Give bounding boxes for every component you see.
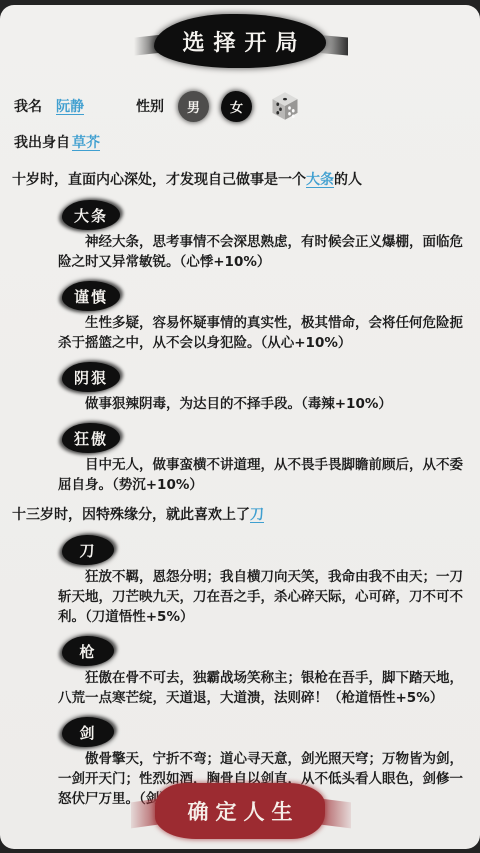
trait-label-jinshen[interactable]: 谨慎: [62, 281, 120, 311]
name-link[interactable]: 阮静: [56, 96, 84, 116]
trait-label-yinhen[interactable]: 阴狠: [62, 362, 120, 392]
weapon-label-dao[interactable]: 刀: [62, 535, 114, 565]
trait-label-text: 大条: [74, 205, 108, 226]
page-title: 选择开局: [173, 26, 306, 57]
trait-desc-jinshen: 生性多疑，容易怀疑事情的真实性，极其惜命，会将任何危险扼杀于摇篮之中，从不会以身…: [58, 313, 470, 353]
confirm-life-button[interactable]: 确定人生: [155, 783, 325, 839]
gender-male-text: 男: [187, 97, 200, 116]
confirm-life-label: 确定人生: [181, 796, 300, 826]
title-banner: 选择开局: [154, 14, 326, 68]
name-label: 我名: [14, 96, 42, 116]
origin-link[interactable]: 草芥: [72, 132, 100, 152]
weapon-option-qiang: 枪 狂傲在骨不可去，独霸战场笑称主；银枪在吾手，脚下踏天地，八荒一点寒芒绽，天道…: [0, 636, 480, 708]
trait-option-kuangao: 狂傲 目中无人，做事蛮横不讲道理，从不畏手畏脚瞻前顾后，从不委屈自身。（势沉+1…: [0, 423, 480, 495]
weapon-label-text: 枪: [79, 641, 96, 662]
age13-text-prefix: 十三岁时，因特殊缘分，就此喜欢上了: [12, 507, 250, 523]
age13-weapon-link[interactable]: 刀: [250, 507, 264, 523]
trait-desc-kuangao: 目中无人，做事蛮横不讲道理，从不畏手畏脚瞻前顾后，从不委屈自身。（势沉+10%）: [58, 455, 470, 495]
weapon-label-text: 剑: [79, 722, 96, 743]
trait-label-text: 阴狠: [74, 367, 108, 388]
weapon-label-text: 刀: [79, 540, 96, 561]
age10-text-suffix: 的人: [334, 172, 362, 188]
gender-male-button[interactable]: 男: [178, 91, 209, 122]
age10-trait-link[interactable]: 大条: [306, 172, 334, 188]
weapon-desc-qiang: 狂傲在骨不可去，独霸战场笑称主；银枪在吾手，脚下踏天地，八荒一点寒芒绽，天道退，…: [58, 668, 470, 708]
age13-narrative: 十三岁时，因特殊缘分，就此喜欢上了刀: [0, 505, 480, 526]
trait-option-yinhen: 阴狠 做事狠辣阴毒，为达目的不择手段。（毒辣+10%）: [0, 362, 480, 414]
trait-desc-yinhen: 做事狠辣阴毒，为达目的不择手段。（毒辣+10%）: [58, 394, 470, 414]
gender-female-text: 女: [230, 97, 243, 116]
weapon-label-qiang[interactable]: 枪: [62, 636, 114, 666]
origin-row: 我出身自 草芥: [0, 130, 480, 154]
trait-label-kuangao[interactable]: 狂傲: [62, 423, 120, 453]
game-panel: 选择开局 我名 阮静 性别 男 女 我出身自 草芥 十岁时，直面内心深处: [0, 5, 480, 849]
title-banner-wrap: 选择开局: [0, 14, 480, 68]
gender-female-button[interactable]: 女: [221, 91, 252, 122]
trait-desc-datiao: 神经大条，思考事情不会深思熟虑，有时候会正义爆棚，面临危险之时又异常敏锐。（心悸…: [58, 232, 470, 272]
trait-option-datiao: 大条 神经大条，思考事情不会深思熟虑，有时候会正义爆棚，面临危险之时又异常敏锐。…: [0, 200, 480, 272]
trait-label-datiao[interactable]: 大条: [62, 200, 120, 230]
weapon-label-jian[interactable]: 剑: [62, 717, 114, 747]
age10-text-prefix: 十岁时，直面内心深处，才发现自己做事是一个: [12, 172, 306, 188]
gender-label: 性别: [136, 96, 164, 116]
confirm-wrap: 确定人生: [0, 783, 480, 839]
age10-narrative: 十岁时，直面内心深处，才发现自己做事是一个大条的人: [0, 170, 480, 191]
weapon-option-dao: 刀 狂放不羁，恩怨分明；我自横刀向天笑，我命由我不由天；一刀斩天地，刀芒映九天，…: [0, 535, 480, 627]
trait-option-jinshen: 谨慎 生性多疑，容易怀疑事情的真实性，极其惜命，会将任何危险扼杀于摇篮之中，从不…: [0, 281, 480, 353]
weapon-desc-dao: 狂放不羁，恩怨分明；我自横刀向天笑，我命由我不由天；一刀斩天地，刀芒映九天，刀在…: [58, 567, 470, 627]
origin-label: 我出身自: [14, 132, 70, 152]
trait-label-text: 谨慎: [74, 286, 108, 307]
dice-icon[interactable]: [270, 91, 300, 121]
name-gender-row: 我名 阮静 性别 男 女: [0, 90, 480, 122]
trait-label-text: 狂傲: [74, 428, 108, 449]
